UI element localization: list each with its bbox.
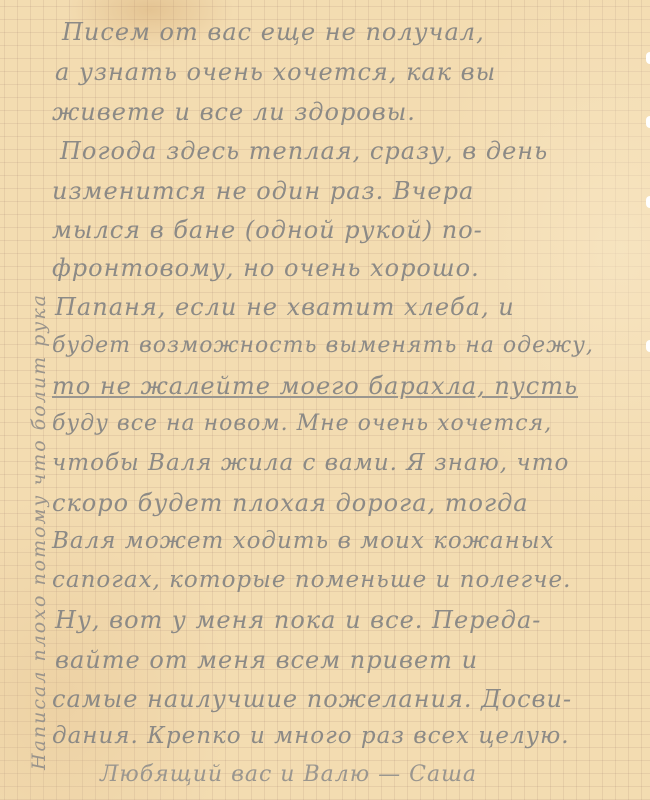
letter-line-12: чтобы Валя жила с вами. Я знаю, что bbox=[52, 450, 569, 476]
paper-perforation bbox=[646, 340, 650, 352]
letter-line-18: самые наилучшие пожелания. Досви- bbox=[52, 685, 572, 713]
paper-perforation bbox=[646, 52, 650, 64]
signature: Любящий вас и Валю — Саша bbox=[100, 762, 477, 787]
letter-line-7: фронтовому, но очень хорошо. bbox=[52, 254, 480, 282]
letter-line-1: Писем от вас еще не получал, bbox=[62, 18, 485, 46]
letter-line-8: Папаня, если не хватит хлеба, и bbox=[55, 293, 515, 321]
letter-line-3: живете и все ли здоровы. bbox=[52, 98, 416, 126]
letter-line-11: буду все на новом. Мне очень хочется, bbox=[52, 411, 552, 436]
letter-line-13: скоро будет плохая дорога, тогда bbox=[52, 489, 529, 517]
letter-line-16: Ну, вот у меня пока и все. Переда- bbox=[55, 606, 541, 634]
letter-line-14: Валя может ходить в моих кожаных bbox=[52, 528, 554, 554]
letter-line-10: то не жалейте моего барахла, пусть bbox=[52, 372, 578, 400]
paper-perforation bbox=[646, 116, 650, 128]
letter-page: Писем от вас еще не получал, а узнать оч… bbox=[0, 0, 650, 800]
margin-note: Написал плохо потому что болит рука bbox=[28, 293, 50, 770]
letter-line-19: дания. Крепко и много раз всех целую. bbox=[52, 723, 570, 749]
letter-line-5: изменится не один раз. Вчера bbox=[52, 177, 474, 205]
letter-line-6: мылся в бане (одной рукой) по- bbox=[52, 216, 483, 244]
letter-line-17: вайте от меня всем привет и bbox=[55, 646, 478, 674]
letter-line-15: сапогах, которые поменьше и полегче. bbox=[52, 567, 571, 593]
letter-line-4: Погода здесь теплая, сразу, в день bbox=[60, 137, 548, 165]
paper-perforation bbox=[646, 196, 650, 208]
letter-line-9: будет возможность выменять на одежу, bbox=[52, 333, 594, 358]
letter-line-2: а узнать очень хочется, как вы bbox=[55, 58, 496, 86]
